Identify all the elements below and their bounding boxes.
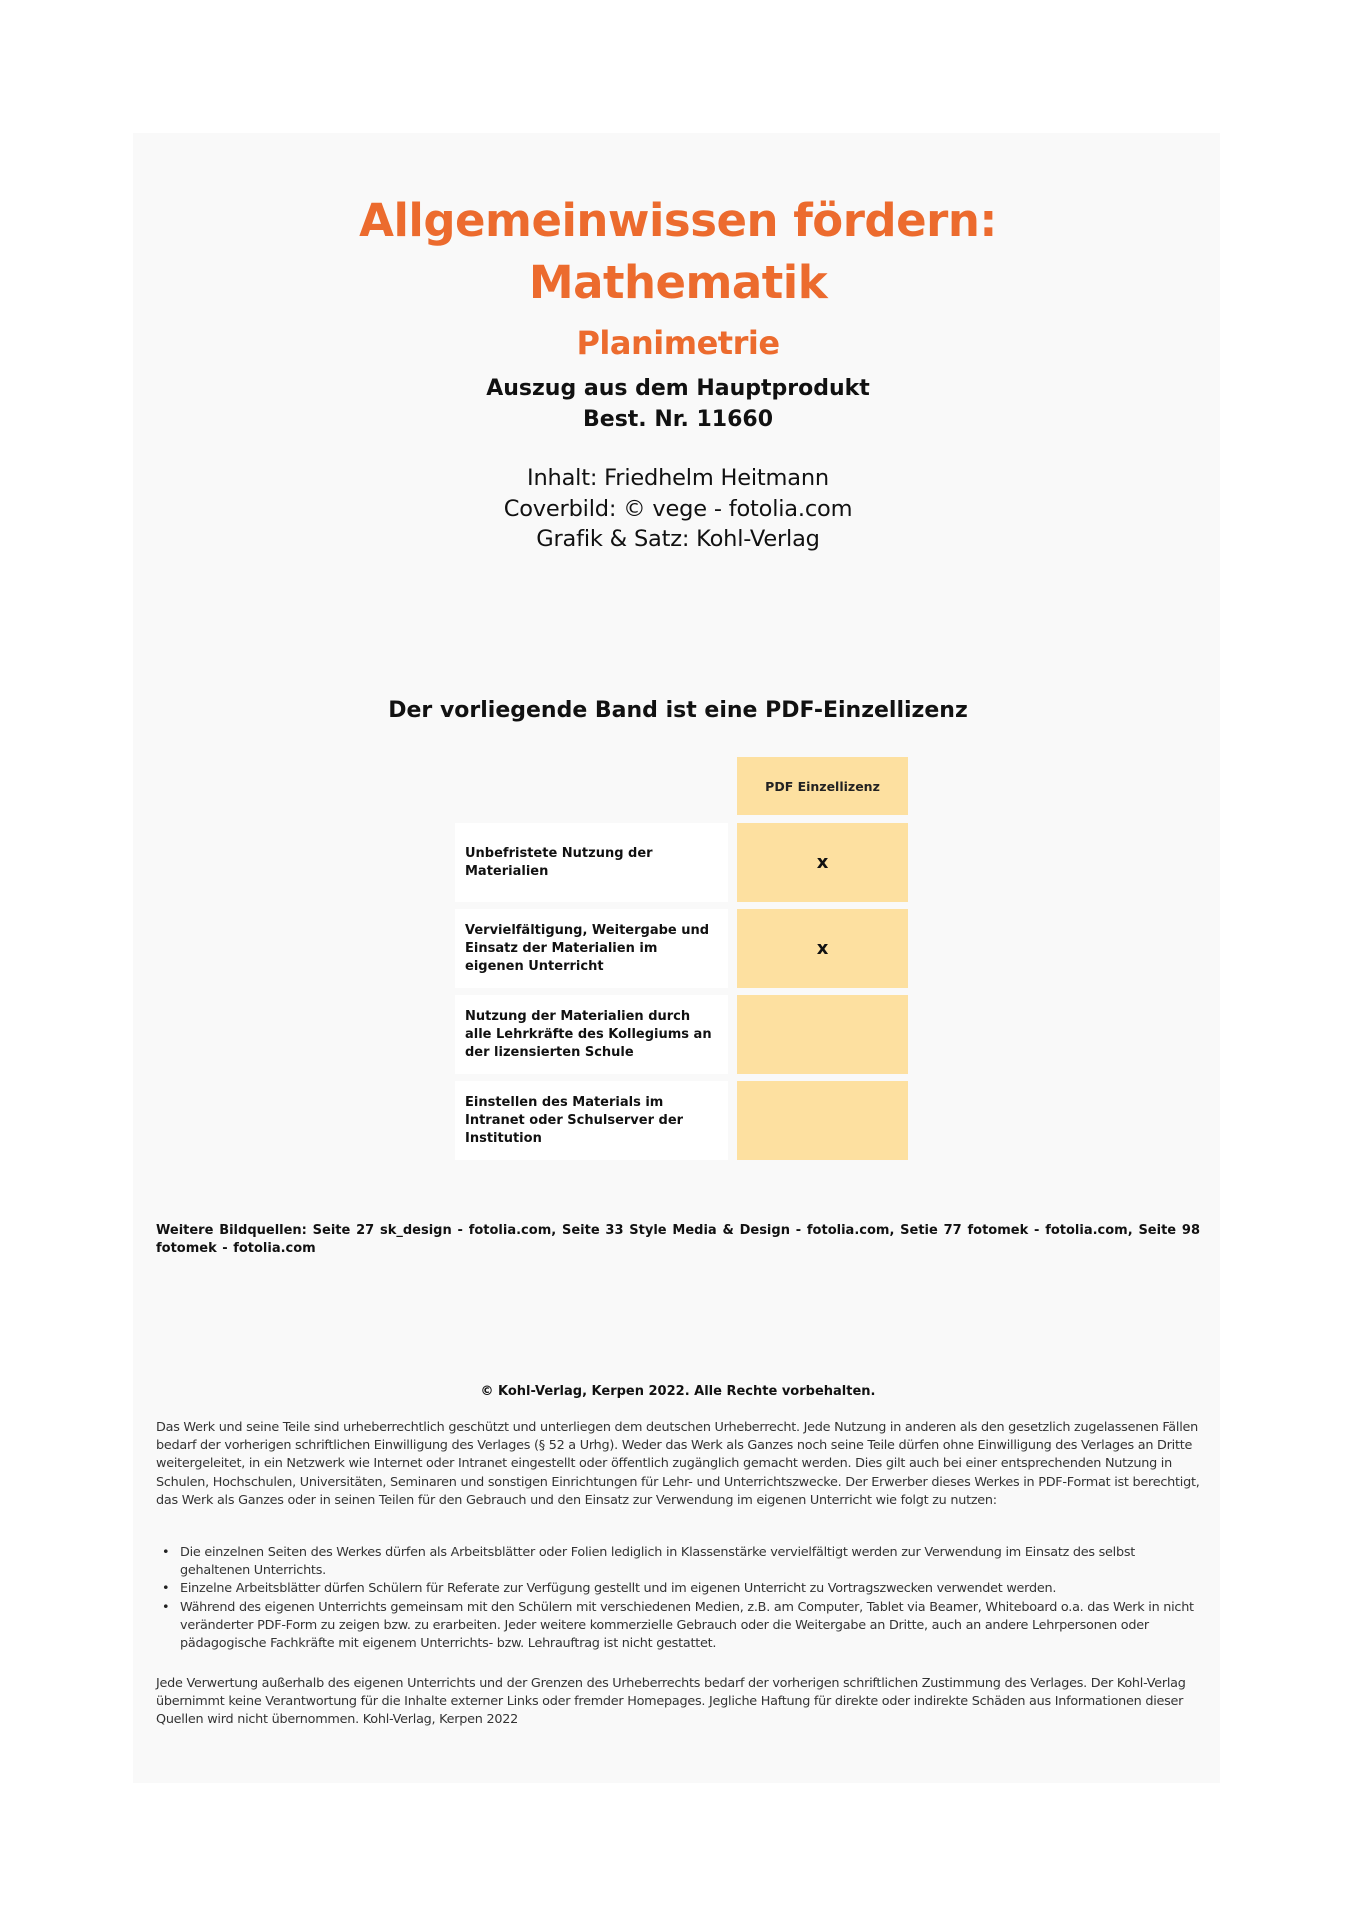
usage-rights-text: Die einzelnen Seiten des Werkes dürfen a… (180, 1545, 1135, 1578)
credit-content: Inhalt: Friedhelm Heitmann (0, 463, 1356, 493)
credit-layout: Grafik & Satz: Kohl-Verlag (0, 524, 1356, 554)
excerpt-label: Auszug aus dem Hauptprodukt (0, 374, 1356, 404)
license-row: Unbefristete Nutzung der Materialien x (455, 823, 910, 902)
license-column-header: PDF Einzellizenz (737, 757, 908, 815)
title-line-2: Mathematik (0, 255, 1356, 311)
bullet-icon: • (162, 1599, 169, 1617)
usage-rights-list: • Die einzelnen Seiten des Werkes dürfen… (156, 1544, 1200, 1653)
license-row-label: Unbefristete Nutzung der Materialien (455, 823, 728, 902)
legal-outro: Jede Verwertung außerhalb des eigenen Un… (156, 1675, 1200, 1730)
bullet-icon: • (162, 1544, 169, 1562)
subtitle: Planimetrie (0, 322, 1356, 364)
bullet-icon: • (162, 1580, 169, 1598)
order-number: Best. Nr. 11660 (0, 405, 1356, 435)
usage-rights-item: • Während des eigenen Unterrichts gemein… (156, 1599, 1200, 1654)
license-row-label: Einstellen des Materials im Intranet ode… (455, 1081, 728, 1160)
license-row-label: Vervielfältigung, Weitergabe und Einsatz… (455, 909, 728, 988)
license-heading: Der vorliegende Band ist eine PDF-Einzel… (0, 696, 1356, 726)
usage-rights-item: • Die einzelnen Seiten des Werkes dürfen… (156, 1544, 1200, 1580)
copyright-line: © Kohl-Verlag, Kerpen 2022. Alle Rechte … (0, 1383, 1356, 1401)
license-row-value (737, 995, 908, 1074)
license-row-value: x (737, 823, 908, 902)
license-row: Nutzung der Materialien durch alle Lehrk… (455, 995, 910, 1074)
credit-cover: Coverbild: © vege - fotolia.com (0, 494, 1356, 524)
usage-rights-text: Während des eigenen Unterrichts gemeinsa… (180, 1600, 1194, 1651)
usage-rights-item: • Einzelne Arbeitsblätter dürfen Schüler… (156, 1580, 1200, 1598)
license-row-value (737, 1081, 908, 1160)
license-row-value: x (737, 909, 908, 988)
usage-rights-text: Einzelne Arbeitsblätter dürfen Schülern … (180, 1581, 1056, 1596)
image-sources: Weitere Bildquellen: Seite 27 sk_design … (156, 1222, 1200, 1258)
license-row: Vervielfältigung, Weitergabe und Einsatz… (455, 909, 910, 988)
license-row-label: Nutzung der Materialien durch alle Lehrk… (455, 995, 728, 1074)
title-line-1: Allgemeinwissen fördern: (0, 193, 1356, 249)
license-row: Einstellen des Materials im Intranet ode… (455, 1081, 910, 1160)
legal-intro: Das Werk und seine Teile sind urheberrec… (156, 1419, 1200, 1510)
